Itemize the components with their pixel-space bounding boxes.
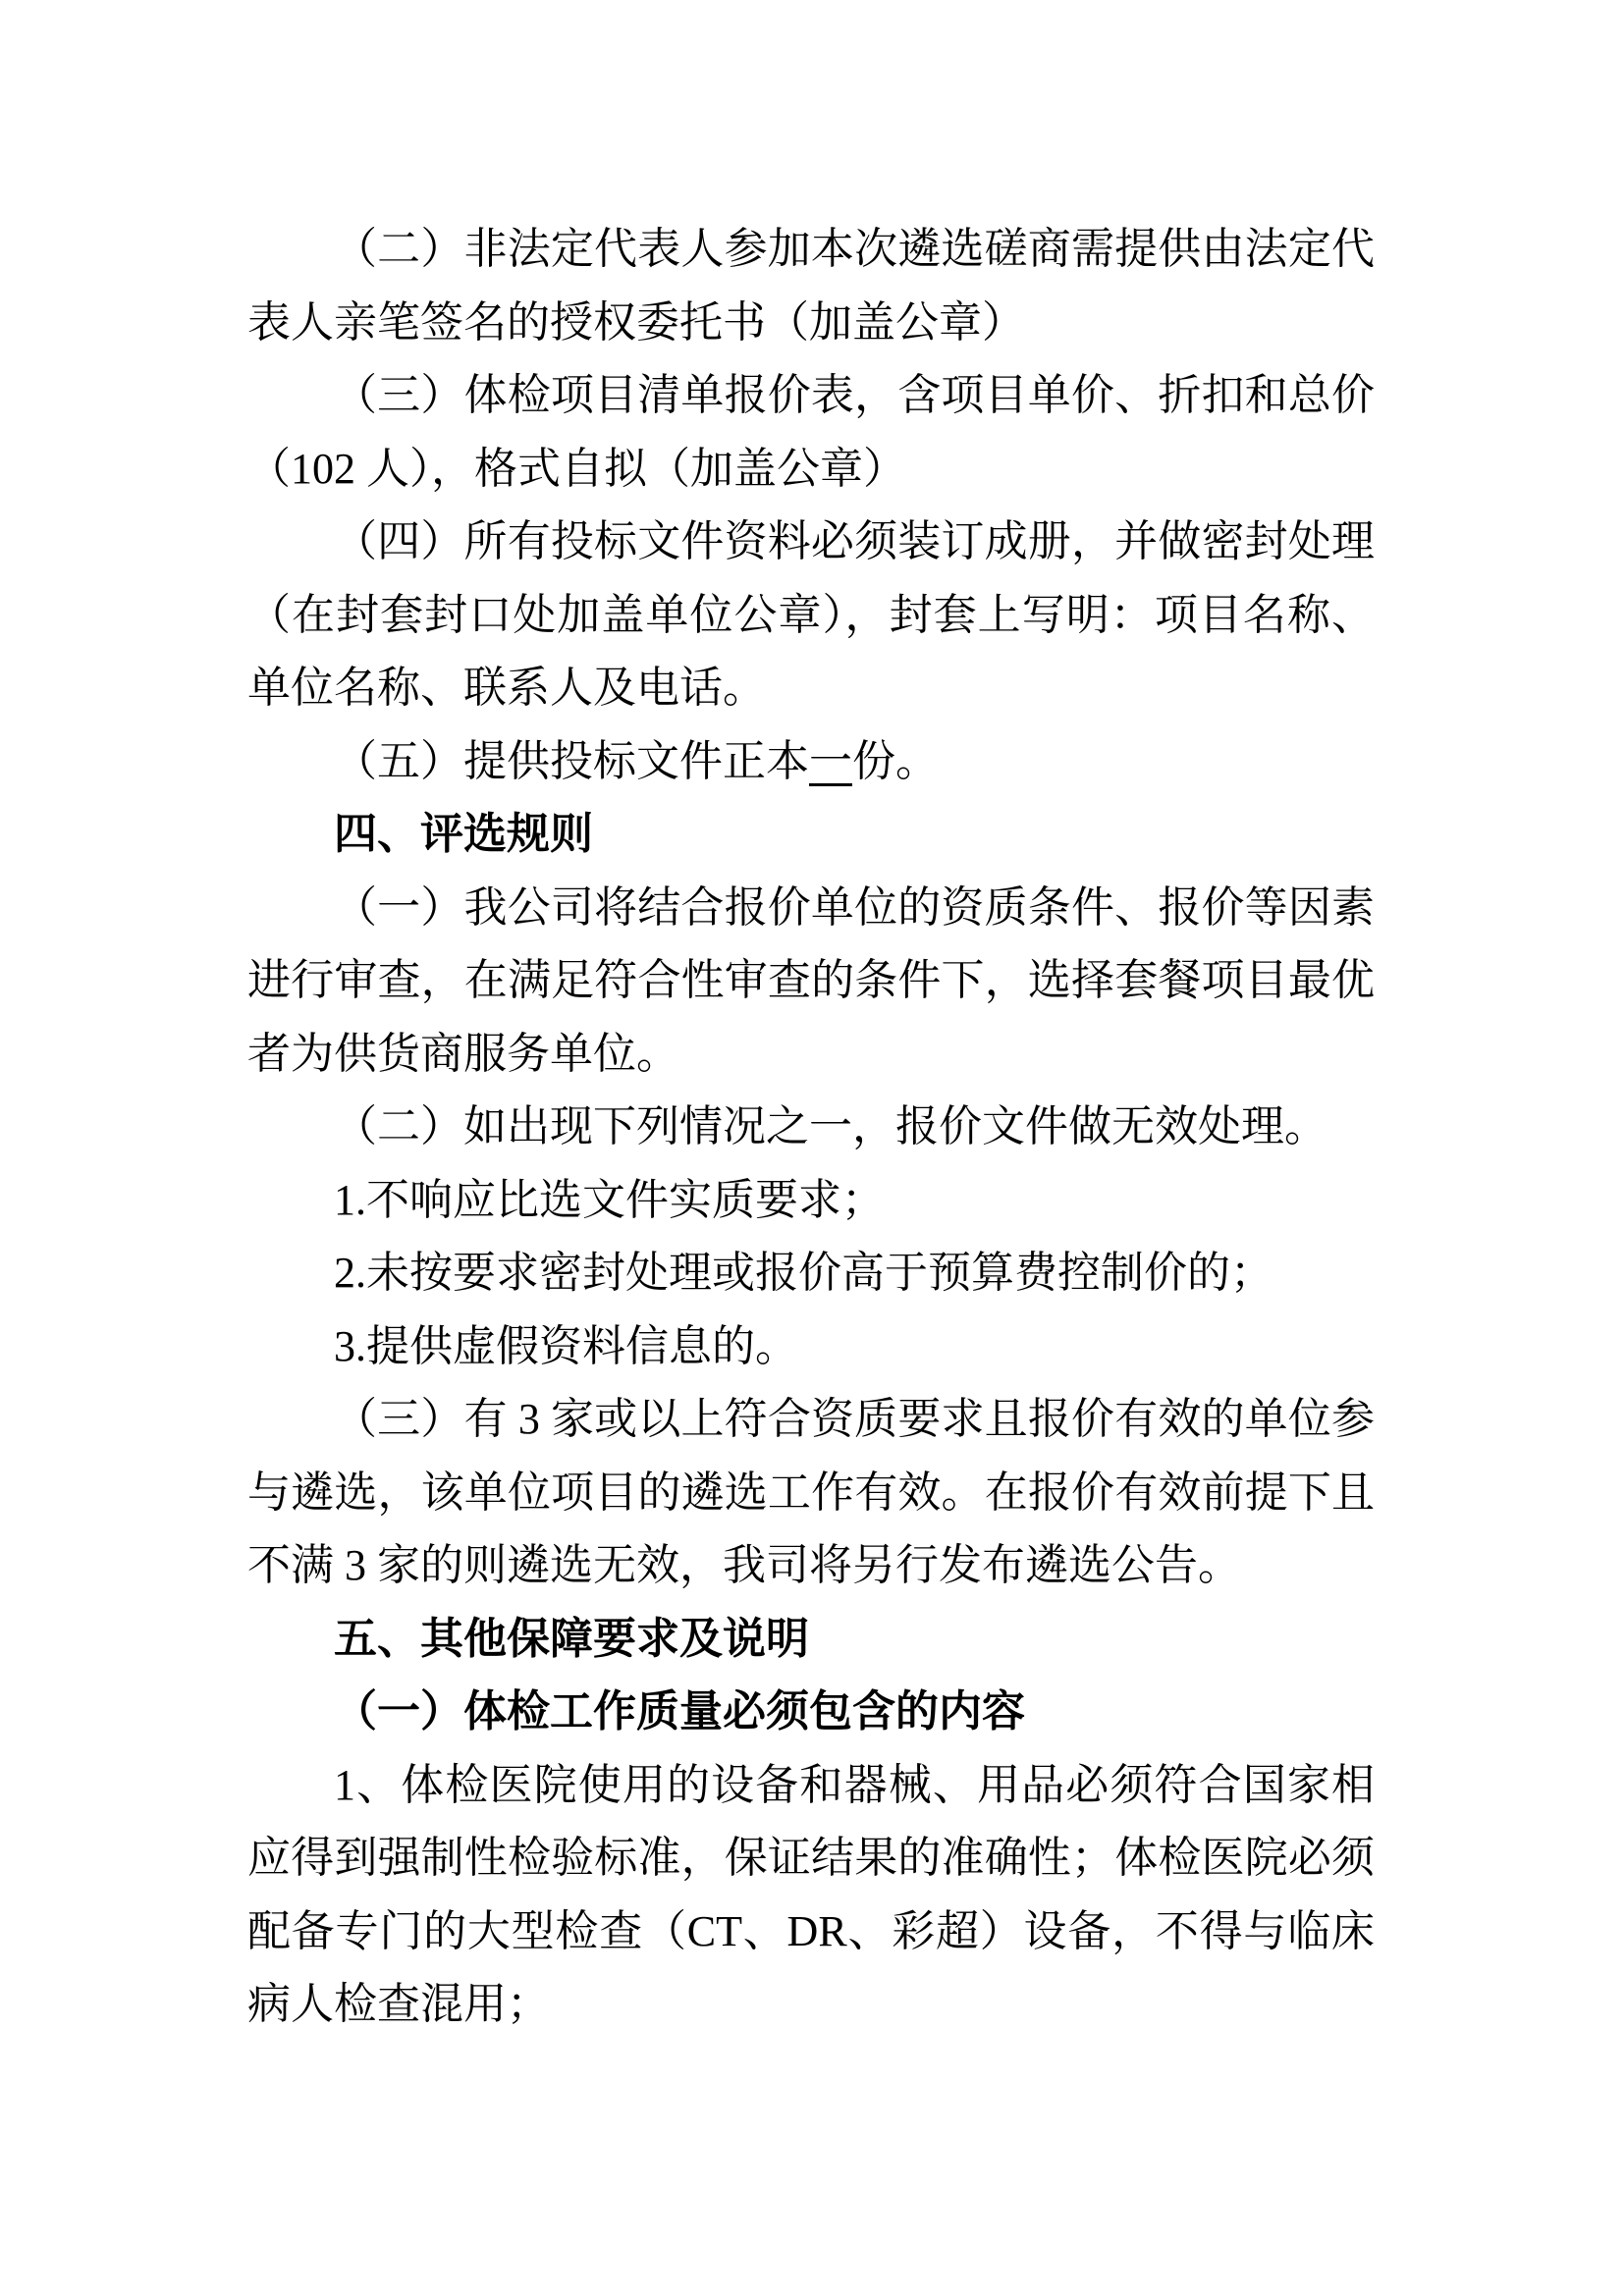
- section-heading: 四、评选规则: [247, 798, 1375, 872]
- sub-heading: （一）体检工作质量必须包含的内容: [247, 1676, 1375, 1749]
- text-run: （一）我公司将结合报价单位的资质条件、报价等因素进行审查，在满足符合性审查的条件…: [247, 883, 1375, 1078]
- text-run: 五、其他保障要求及说明: [334, 1615, 809, 1663]
- paragraph: （三）有 3 家或以上符合资质要求且报价有效的单位参与遴选，该单位项目的遴选工作…: [247, 1383, 1375, 1603]
- paragraph: 1.不响应比选文件实质要求；: [247, 1164, 1375, 1238]
- paragraph: 3.提供虚假资料信息的。: [247, 1310, 1375, 1384]
- text-run: （四）所有投标文件资料必须装订成册，并做密封处理（在封套封口处加盖单位公章），封…: [247, 517, 1375, 712]
- paragraph: （五）提供投标文件正本一份。: [247, 725, 1375, 799]
- underlined-text-run: 一: [809, 737, 852, 785]
- paragraph: （一）我公司将结合报价单位的资质条件、报价等因素进行审查，在满足符合性审查的条件…: [247, 872, 1375, 1092]
- text-run: （二）如出现下列情况之一，报价文件做无效处理。: [334, 1102, 1327, 1150]
- text-run: 1、体检医院使用的设备和器械、用品必须符合国家相应得到强制性检验标准，保证结果的…: [247, 1761, 1375, 2029]
- paragraph: （二）如出现下列情况之一，报价文件做无效处理。: [247, 1091, 1375, 1164]
- text-run: 1.不响应比选文件实质要求；: [334, 1176, 885, 1224]
- text-run: 2.未按要求密封处理或报价高于预算费控制价的；: [334, 1249, 1273, 1297]
- section-heading: 五、其他保障要求及说明: [247, 1603, 1375, 1677]
- text-run: （三）体检项目清单报价表，含项目单价、折扣和总价（102 人），格式自拟（加盖公…: [247, 371, 1375, 493]
- paragraph: （三）体检项目清单报价表，含项目单价、折扣和总价（102 人），格式自拟（加盖公…: [247, 359, 1375, 506]
- text-run: （三）有 3 家或以上符合资质要求且报价有效的单位参与遴选，该单位项目的遴选工作…: [247, 1395, 1375, 1589]
- text-run: （二）非法定代表人参加本次遴选磋商需提供由法定代表人亲笔签名的授权委托书（加盖公…: [247, 225, 1375, 347]
- text-run: 份。: [852, 737, 939, 785]
- paragraph: （四）所有投标文件资料必须装订成册，并做密封处理（在封套封口处加盖单位公章），封…: [247, 506, 1375, 725]
- document-page: （二）非法定代表人参加本次遴选磋商需提供由法定代表人亲笔签名的授权委托书（加盖公…: [0, 0, 1624, 2296]
- text-run: 3.提供虚假资料信息的。: [334, 1322, 798, 1370]
- text-run: （五）提供投标文件正本: [334, 737, 809, 785]
- paragraph: 2.未按要求密封处理或报价高于预算费控制价的；: [247, 1237, 1375, 1310]
- text-run: 四、评选规则: [334, 810, 593, 858]
- document-body: （二）非法定代表人参加本次遴选磋商需提供由法定代表人亲笔签名的授权委托书（加盖公…: [247, 213, 1375, 2042]
- text-run: （一）体检工作质量必须包含的内容: [334, 1687, 1025, 1735]
- paragraph: 1、体检医院使用的设备和器械、用品必须符合国家相应得到强制性检验标准，保证结果的…: [247, 1749, 1375, 2042]
- paragraph: （二）非法定代表人参加本次遴选磋商需提供由法定代表人亲笔签名的授权委托书（加盖公…: [247, 213, 1375, 359]
